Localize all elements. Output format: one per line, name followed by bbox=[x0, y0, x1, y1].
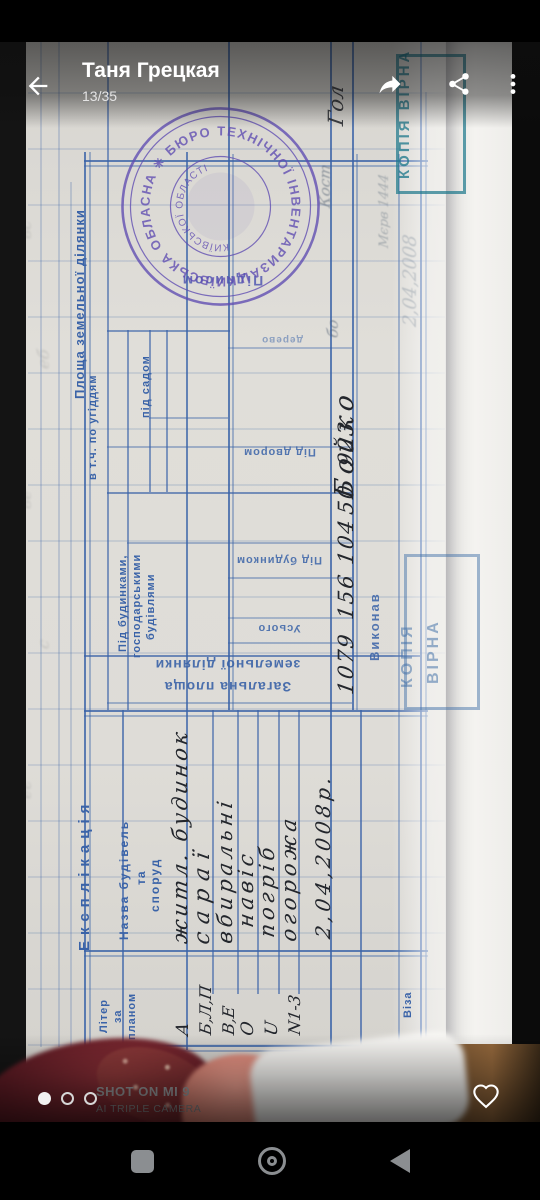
phone-screen: Площа земельної ділянки в т.ч. по угіддя… bbox=[0, 0, 540, 1200]
building-name: житл. будинок bbox=[170, 728, 191, 945]
header-liter: Літер bbox=[99, 999, 110, 1033]
table-line bbox=[28, 988, 445, 990]
ghost-mark: еє bbox=[18, 779, 34, 800]
value-total-area: 1079 bbox=[336, 631, 357, 696]
header-group-line1: Під будинками, bbox=[118, 555, 129, 652]
building-code: Б,Л,П bbox=[198, 984, 214, 1036]
header-area-main: Площа земельної ділянки bbox=[73, 209, 86, 399]
page-dot bbox=[61, 1092, 74, 1105]
building-name: вбиральні bbox=[215, 796, 236, 945]
favorite-heart-icon[interactable] bbox=[472, 1082, 500, 1110]
header-liter3: планом bbox=[127, 993, 138, 1040]
table-line bbox=[28, 540, 445, 542]
table-line bbox=[149, 417, 228, 419]
ghost-mark: вс bbox=[18, 219, 34, 240]
header-name-col2: та bbox=[135, 870, 147, 885]
back-nav-button[interactable] bbox=[390, 1149, 410, 1173]
building-code: N1-3 bbox=[287, 994, 303, 1036]
visa-date: 2,04,2008р. bbox=[313, 772, 333, 940]
forward-icon[interactable] bbox=[376, 70, 404, 98]
header-name-col3: споруд bbox=[149, 858, 161, 912]
handwriting-note-b: бо bbox=[326, 318, 341, 339]
table-line bbox=[28, 484, 445, 486]
building-name: огорожа bbox=[279, 813, 300, 943]
photo-viewer[interactable]: Площа земельної ділянки в т.ч. по угіддя… bbox=[0, 42, 540, 1122]
header-name-col: Назва будівель bbox=[118, 820, 130, 940]
table-line bbox=[127, 542, 352, 544]
header-liter2: за bbox=[113, 1010, 124, 1023]
header-pid-dvorom: Під двором bbox=[232, 446, 327, 457]
home-button-inner bbox=[267, 1156, 277, 1166]
header-pid-sadom: під садом bbox=[141, 355, 152, 418]
table-line bbox=[107, 702, 352, 704]
copy-stamp-text-line2: ВІРНА bbox=[426, 619, 442, 684]
table-line bbox=[28, 596, 445, 598]
header-group-line2: господарськими bbox=[132, 554, 143, 658]
table-line bbox=[228, 347, 352, 349]
table-line bbox=[107, 492, 352, 494]
table-line bbox=[28, 316, 445, 318]
header-pid-budynkom: Під будинком bbox=[228, 554, 330, 565]
header-total-line2: земельної ділянки bbox=[115, 658, 340, 672]
explication-title: Експлікація bbox=[77, 799, 92, 951]
header-group-line3: будівлями bbox=[146, 574, 157, 640]
handwriting-pencil-note: Мєрв 1444 bbox=[378, 173, 391, 249]
table-line bbox=[360, 710, 362, 1050]
bottom-overlay bbox=[0, 1034, 540, 1122]
building-name: погріб bbox=[257, 842, 278, 939]
table-line bbox=[107, 330, 230, 332]
table-line bbox=[40, 42, 42, 1047]
table-line bbox=[84, 950, 428, 952]
navigation-bar bbox=[0, 1122, 540, 1200]
paper-fold-highlight bbox=[392, 42, 446, 1056]
table-line bbox=[84, 715, 428, 717]
recents-button[interactable] bbox=[131, 1150, 154, 1173]
home-button[interactable] bbox=[258, 1147, 286, 1175]
table-line bbox=[84, 955, 428, 957]
back-sheet bbox=[445, 42, 512, 1056]
table-line bbox=[28, 708, 445, 710]
value-usogo: 156 bbox=[336, 572, 357, 621]
header-total-line1: Загальна площа bbox=[115, 680, 340, 694]
label-executor: Виконав bbox=[368, 592, 381, 661]
building-code: В,Е bbox=[221, 1005, 237, 1036]
table-line bbox=[166, 330, 168, 492]
header-visa: Віза bbox=[403, 992, 414, 1018]
handwriting-ghost-date: 2,04,2008 bbox=[402, 234, 420, 328]
page-counter: 13/35 bbox=[82, 88, 117, 104]
page-title: Таня Грецкая bbox=[82, 59, 220, 83]
table-line bbox=[28, 764, 445, 766]
ghost-mark: ве bbox=[18, 489, 34, 510]
header-derevo: дерево bbox=[236, 334, 328, 344]
share-icon[interactable] bbox=[446, 71, 472, 97]
building-name: навіс bbox=[236, 849, 257, 929]
building-name: сараї bbox=[192, 843, 214, 946]
back-icon[interactable] bbox=[24, 72, 52, 100]
more-menu-icon[interactable] bbox=[500, 71, 526, 97]
table-line bbox=[28, 652, 445, 654]
header-usogo: Усього bbox=[238, 622, 320, 633]
page-dot-active bbox=[38, 1092, 51, 1105]
copy-stamp-text-line1: КОПІЯ bbox=[400, 623, 416, 688]
table-line bbox=[84, 710, 428, 712]
page-dot bbox=[84, 1092, 97, 1105]
ghost-mark: еб bbox=[36, 348, 52, 370]
status-bar bbox=[0, 0, 540, 42]
table-line bbox=[58, 42, 60, 1047]
background-dark bbox=[512, 42, 540, 1056]
value-pid-budynkom: 104 bbox=[336, 517, 357, 566]
header-area-sub: в т.ч. по угіддям bbox=[88, 375, 99, 481]
executor-signature: Бойко bbox=[332, 388, 358, 500]
